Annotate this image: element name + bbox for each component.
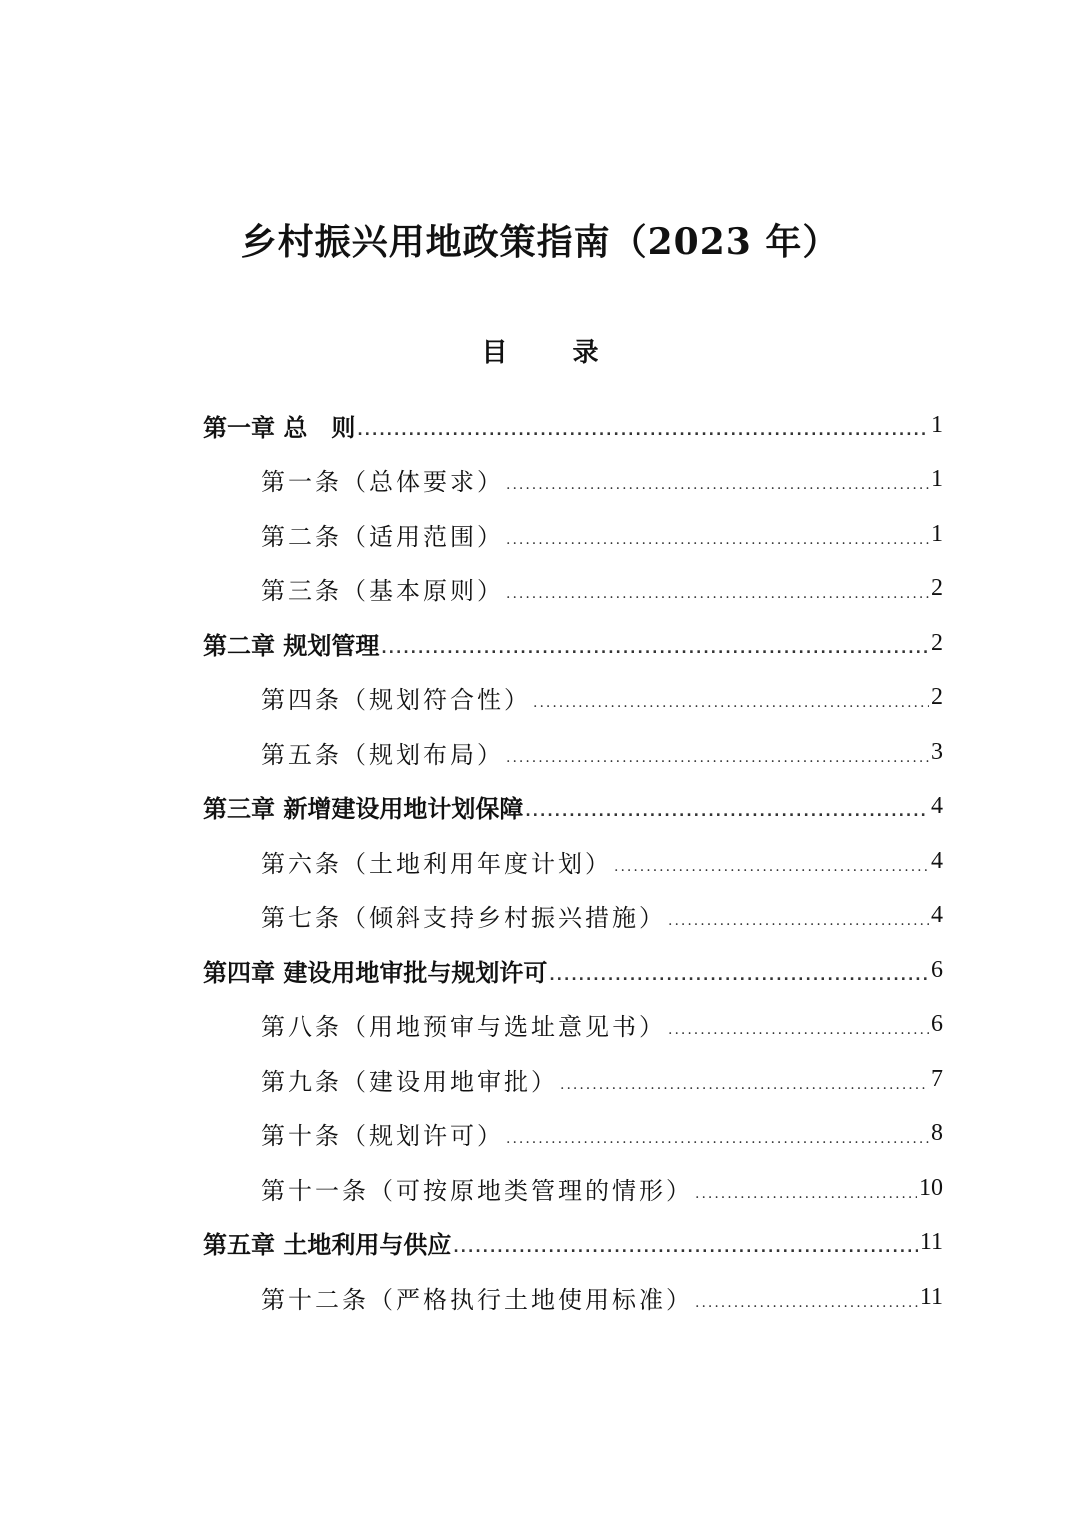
toc-page: 11 bbox=[920, 1229, 943, 1256]
toc-label: 第七条（倾斜支持乡村振兴措施） bbox=[261, 898, 666, 933]
toc-label: 第一条（总体要求） bbox=[261, 462, 504, 497]
toc-page: 1 bbox=[931, 412, 943, 439]
dot-leader bbox=[357, 423, 929, 453]
toc-article-6[interactable]: 第六条（土地利用年度计划）4 bbox=[203, 834, 943, 889]
toc-page: 2 bbox=[931, 630, 943, 657]
dot-leader bbox=[506, 1131, 929, 1161]
toc-label: 第一章 总 则 bbox=[203, 408, 355, 443]
dot-leader bbox=[549, 968, 929, 998]
toc-page: 1 bbox=[931, 521, 943, 548]
toc-label: 第十一条（可按原地类管理的情形） bbox=[261, 1171, 693, 1206]
toc-page: 3 bbox=[931, 739, 943, 766]
toc-label: 第四条（规划符合性） bbox=[261, 680, 531, 715]
toc-page: 2 bbox=[931, 575, 943, 602]
dot-leader bbox=[453, 1240, 918, 1270]
toc-page: 4 bbox=[931, 902, 943, 929]
toc-article-5[interactable]: 第五条（规划布局）3 bbox=[203, 725, 943, 780]
dot-leader bbox=[668, 913, 929, 943]
dot-leader bbox=[695, 1295, 918, 1325]
toc-heading: 目 录 bbox=[0, 332, 1080, 369]
table-of-contents: 第一章 总 则1 第一条（总体要求）1 第二条（适用范围）1 第三条（基本原则）… bbox=[203, 398, 943, 1325]
toc-label: 第三条（基本原则） bbox=[261, 571, 504, 606]
toc-page: 8 bbox=[931, 1120, 943, 1147]
toc-article-3[interactable]: 第三条（基本原则）2 bbox=[203, 562, 943, 617]
toc-article-4[interactable]: 第四条（规划符合性）2 bbox=[203, 671, 943, 726]
dot-leader bbox=[506, 750, 929, 780]
toc-label: 第五条（规划布局） bbox=[261, 735, 504, 770]
dot-leader bbox=[506, 477, 929, 507]
dot-leader bbox=[695, 1186, 917, 1216]
dot-leader bbox=[668, 1022, 929, 1052]
toc-article-11[interactable]: 第十一条（可按原地类管理的情形）10 bbox=[203, 1161, 943, 1216]
dot-leader bbox=[506, 532, 929, 562]
dot-leader bbox=[533, 695, 929, 725]
toc-article-12[interactable]: 第十二条（严格执行土地使用标准）11 bbox=[203, 1270, 943, 1325]
toc-label: 第三章 新增建设用地计划保障 bbox=[203, 789, 523, 824]
toc-label: 第八条（用地预审与选址意见书） bbox=[261, 1007, 666, 1042]
toc-page: 2 bbox=[931, 684, 943, 711]
toc-article-7[interactable]: 第七条（倾斜支持乡村振兴措施）4 bbox=[203, 889, 943, 944]
toc-chapter-3[interactable]: 第三章 新增建设用地计划保障4 bbox=[203, 780, 943, 835]
toc-page: 6 bbox=[931, 957, 943, 984]
toc-chapter-4[interactable]: 第四章 建设用地审批与规划许可6 bbox=[203, 943, 943, 998]
toc-chapter-5[interactable]: 第五章 土地利用与供应11 bbox=[203, 1216, 943, 1271]
dot-leader bbox=[506, 586, 929, 616]
toc-article-1[interactable]: 第一条（总体要求）1 bbox=[203, 453, 943, 508]
dot-leader bbox=[381, 641, 929, 671]
dot-leader bbox=[614, 859, 929, 889]
toc-label: 第六条（土地利用年度计划） bbox=[261, 844, 612, 879]
toc-label: 第十条（规划许可） bbox=[261, 1116, 504, 1151]
toc-article-10[interactable]: 第十条（规划许可）8 bbox=[203, 1107, 943, 1162]
toc-page: 1 bbox=[931, 466, 943, 493]
toc-page: 11 bbox=[920, 1284, 943, 1311]
toc-article-2[interactable]: 第二条（适用范围）1 bbox=[203, 507, 943, 562]
dot-leader bbox=[560, 1077, 929, 1107]
toc-article-9[interactable]: 第九条（建设用地审批）7 bbox=[203, 1052, 943, 1107]
dot-leader bbox=[525, 804, 929, 834]
document-title: 乡村振兴用地政策指南（2023 年） bbox=[0, 214, 1080, 265]
toc-label: 第二条（适用范围） bbox=[261, 517, 504, 552]
toc-page: 7 bbox=[931, 1066, 943, 1093]
toc-chapter-2[interactable]: 第二章 规划管理2 bbox=[203, 616, 943, 671]
toc-label: 第二章 规划管理 bbox=[203, 626, 379, 661]
toc-page: 4 bbox=[931, 793, 943, 820]
toc-page: 4 bbox=[931, 848, 943, 875]
toc-page: 6 bbox=[931, 1011, 943, 1038]
toc-label: 第五章 土地利用与供应 bbox=[203, 1225, 451, 1260]
toc-label: 第九条（建设用地审批） bbox=[261, 1062, 558, 1097]
toc-label: 第十二条（严格执行土地使用标准） bbox=[261, 1280, 693, 1315]
toc-label: 第四章 建设用地审批与规划许可 bbox=[203, 953, 547, 988]
toc-page: 10 bbox=[919, 1175, 943, 1202]
toc-article-8[interactable]: 第八条（用地预审与选址意见书）6 bbox=[203, 998, 943, 1053]
toc-chapter-1[interactable]: 第一章 总 则1 bbox=[203, 398, 943, 453]
